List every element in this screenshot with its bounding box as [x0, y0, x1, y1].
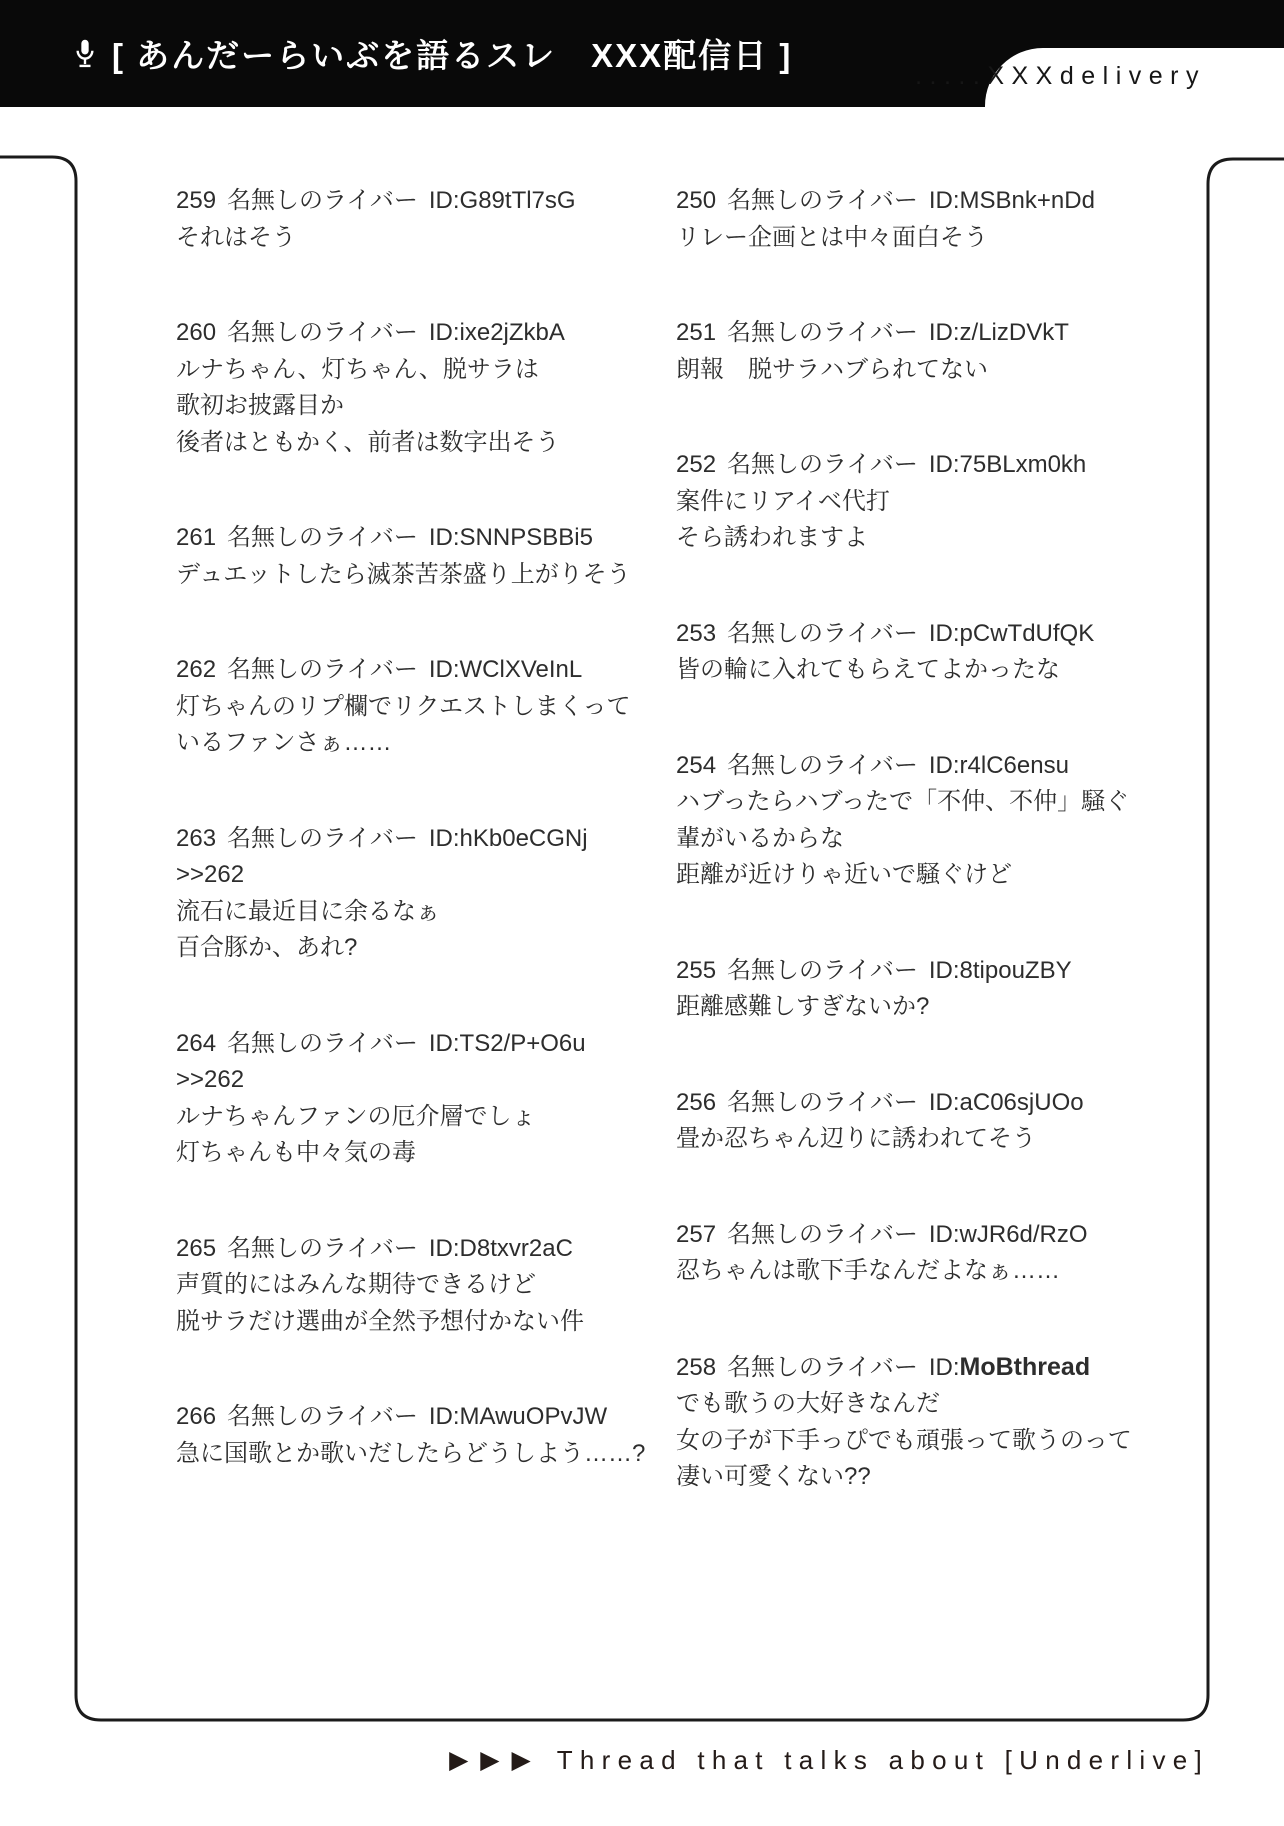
- post-number: 262: [176, 656, 216, 683]
- poster-id-prefix: ID:: [429, 1403, 460, 1430]
- post-number: 252: [676, 451, 716, 478]
- post-body-line: 女の子が下手っぴでも頑張って歌うのって: [676, 1423, 1176, 1460]
- poster-id-value: 75BLxm0kh: [960, 451, 1087, 478]
- poster-id-prefix: ID:: [429, 524, 460, 551]
- poster-name: 名無しのライバー: [227, 524, 418, 551]
- post-body: リレー企画とは中々面白そう: [676, 220, 1176, 257]
- post-number: 250: [676, 187, 716, 214]
- post-body: >>262 流石に最近目に余るなぁ 百合豚か、あれ?: [176, 857, 656, 967]
- post-body: >>262 ルナちゃんファンの厄介層でしょ 灯ちゃんも中々気の毒: [176, 1062, 656, 1172]
- poster-id: ID:z/LizDVkT: [929, 319, 1069, 346]
- post-number: 264: [176, 1030, 216, 1057]
- post-body-line: 歌初お披露目か: [176, 388, 656, 425]
- post-number: 263: [176, 825, 216, 852]
- post-body-line: 凄い可愛くない??: [676, 1459, 1176, 1496]
- post-number: 253: [676, 620, 716, 647]
- poster-id-value: MSBnk+nDd: [960, 187, 1095, 214]
- poster-name: 名無しのライバー: [727, 1221, 918, 1248]
- post-body-line: 灯ちゃんのリプ欄でリクエストしまくって: [176, 689, 656, 726]
- post-header: 264名無しのライバーID:TS2/P+O6u: [176, 1026, 656, 1063]
- poster-id-prefix: ID:: [929, 187, 960, 214]
- post-body-line: >>262: [176, 1062, 656, 1099]
- poster-id-prefix: ID:: [929, 319, 960, 346]
- post-header: 263名無しのライバーID:hKb0eCGNj: [176, 821, 656, 858]
- poster-name: 名無しのライバー: [727, 1089, 918, 1116]
- post-body-line: ハブったらハブったで「不仲、不仲」騒ぐ: [676, 784, 1176, 821]
- thread-post: 259名無しのライバーID:G89tTl7sG それはそう: [176, 183, 656, 256]
- poster-name: 名無しのライバー: [727, 187, 918, 214]
- post-header: 254名無しのライバーID:r4lC6ensu: [676, 748, 1176, 785]
- post-body-line: 距離感難しすぎないか?: [676, 989, 1176, 1026]
- poster-id: ID:WClXVeInL: [429, 656, 582, 683]
- thread-post: 258名無しのライバーID:MoBthread でも歌うの大好きなんだ 女の子が…: [676, 1349, 1176, 1496]
- thread-post: 264名無しのライバーID:TS2/P+O6u >>262 ルナちゃんファンの厄…: [176, 1026, 656, 1172]
- post-body-line: いるファンさぁ……: [176, 725, 656, 762]
- post-header: 256名無しのライバーID:aC06sjUOo: [676, 1085, 1176, 1122]
- poster-id: ID:75BLxm0kh: [929, 451, 1086, 478]
- poster-id-prefix: ID:: [929, 1221, 960, 1248]
- post-body: 忍ちゃんは歌下手なんだよなぁ……: [676, 1253, 1176, 1290]
- post-body-line: 急に国歌とか歌いだしたらどうしよう……?: [176, 1436, 656, 1473]
- post-body-line: 皆の輪に入れてもらえてよかったな: [676, 652, 1176, 689]
- post-body-line: 案件にリアイベ代打: [676, 484, 1176, 521]
- delivery-label: .....XXXdelivery: [915, 62, 1206, 91]
- poster-id: ID:wJR6d/RzO: [929, 1221, 1088, 1248]
- post-body-line: リレー企画とは中々面白そう: [676, 220, 1176, 257]
- post-body-line: デュエットしたら滅茶苦茶盛り上がりそう: [176, 557, 656, 594]
- poster-id: ID:MSBnk+nDd: [929, 187, 1095, 214]
- thread-post: 251名無しのライバーID:z/LizDVkT 朗報 脱サラハブられてない: [676, 315, 1176, 388]
- post-number: 256: [676, 1089, 716, 1116]
- poster-id: ID:TS2/P+O6u: [429, 1030, 586, 1057]
- thread-post: 260名無しのライバーID:ixe2jZkbA ルナちゃん、灯ちゃん、脱サラは …: [176, 315, 656, 461]
- poster-id-prefix: ID:: [429, 1235, 460, 1262]
- thread-header-title-group: [ あんだーらいぶを語るスレ XXX配信日 ]: [74, 0, 792, 107]
- post-number: 254: [676, 752, 716, 779]
- post-body-line: 輩がいるからな: [676, 821, 1176, 858]
- poster-name: 名無しのライバー: [727, 957, 918, 984]
- thread-post: 256名無しのライバーID:aC06sjUOo 畳か忍ちゃん辺りに誘われてそう: [676, 1085, 1176, 1158]
- post-body-line: 灯ちゃんも中々気の毒: [176, 1135, 656, 1172]
- post-body-line: でも歌うの大好きなんだ: [676, 1386, 1176, 1423]
- poster-id: ID:ixe2jZkbA: [429, 319, 565, 346]
- post-number: 257: [676, 1221, 716, 1248]
- microphone-icon: [74, 38, 96, 70]
- post-header: 250名無しのライバーID:MSBnk+nDd: [676, 183, 1176, 220]
- poster-id-prefix: ID:: [929, 1354, 960, 1381]
- post-header: 260名無しのライバーID:ixe2jZkbA: [176, 315, 656, 352]
- footer-caption: Thread that talks about [Underlive]: [557, 1744, 1209, 1776]
- thread-post: 250名無しのライバーID:MSBnk+nDd リレー企画とは中々面白そう: [676, 183, 1176, 256]
- poster-id-prefix: ID:: [929, 620, 960, 647]
- poster-id-prefix: ID:: [429, 319, 460, 346]
- thread-post: 263名無しのライバーID:hKb0eCGNj >>262 流石に最近目に余るな…: [176, 821, 656, 967]
- post-header: 259名無しのライバーID:G89tTl7sG: [176, 183, 656, 220]
- poster-id-value: SNNPSBBi5: [460, 524, 593, 551]
- poster-name: 名無しのライバー: [727, 451, 918, 478]
- post-body-line: 畳か忍ちゃん辺りに誘われてそう: [676, 1121, 1176, 1158]
- post-body-line: ルナちゃん、灯ちゃん、脱サラは: [176, 352, 656, 389]
- poster-id-value: ixe2jZkbA: [460, 319, 565, 346]
- post-body-line: >>262: [176, 857, 656, 894]
- post-body: ハブったらハブったで「不仲、不仲」騒ぐ 輩がいるからな 距離が近けりゃ近いで騒ぐ…: [676, 784, 1176, 894]
- thread-post: 262名無しのライバーID:WClXVeInL 灯ちゃんのリプ欄でリクエストしま…: [176, 652, 656, 762]
- post-number: 266: [176, 1403, 216, 1430]
- poster-id: ID:r4lC6ensu: [929, 752, 1069, 779]
- poster-name: 名無しのライバー: [227, 187, 418, 214]
- post-column-right: 250名無しのライバーID:MSBnk+nDd リレー企画とは中々面白そう 25…: [676, 183, 1176, 1555]
- post-number: 259: [176, 187, 216, 214]
- thread-post: 266名無しのライバーID:MAwuOPvJW 急に国歌とか歌いだしたらどうしよ…: [176, 1399, 656, 1472]
- poster-id: ID:G89tTl7sG: [429, 187, 576, 214]
- poster-id-value: wJR6d/RzO: [960, 1221, 1088, 1248]
- poster-name: 名無しのライバー: [727, 319, 918, 346]
- poster-id-value: G89tTl7sG: [460, 187, 576, 214]
- poster-id: ID:aC06sjUOo: [929, 1089, 1084, 1116]
- post-body: 皆の輪に入れてもらえてよかったな: [676, 652, 1176, 689]
- poster-id-value: MoBthread: [960, 1353, 1091, 1381]
- poster-id-value: hKb0eCGNj: [460, 825, 588, 852]
- post-body: それはそう: [176, 220, 656, 257]
- poster-id-value: MAwuOPvJW: [460, 1403, 608, 1430]
- post-body-line: 距離が近けりゃ近いで騒ぐけど: [676, 857, 1176, 894]
- post-header: 266名無しのライバーID:MAwuOPvJW: [176, 1399, 656, 1436]
- post-body: ルナちゃん、灯ちゃん、脱サラは 歌初お披露目か 後者はともかく、前者は数字出そう: [176, 352, 656, 462]
- post-body-line: 脱サラだけ選曲が全然予想付かない件: [176, 1304, 656, 1341]
- poster-id: ID:MAwuOPvJW: [429, 1403, 607, 1430]
- poster-id-prefix: ID:: [429, 187, 460, 214]
- post-body-line: それはそう: [176, 220, 656, 257]
- post-number: 265: [176, 1235, 216, 1262]
- thread-post: 265名無しのライバーID:D8txvr2aC 声質的にはみんな期待できるけど …: [176, 1231, 656, 1341]
- post-body-line: 流石に最近目に余るなぁ: [176, 894, 656, 931]
- thread-post: 261名無しのライバーID:SNNPSBBi5 デュエットしたら滅茶苦茶盛り上が…: [176, 520, 656, 593]
- post-body: 朗報 脱サラハブられてない: [676, 352, 1176, 389]
- post-body-line: そら誘われますよ: [676, 520, 1176, 557]
- post-body: 急に国歌とか歌いだしたらどうしよう……?: [176, 1436, 656, 1473]
- post-column-left: 259名無しのライバーID:G89tTl7sG それはそう 260名無しのライバ…: [176, 183, 656, 1531]
- post-body: 声質的にはみんな期待できるけど 脱サラだけ選曲が全然予想付かない件: [176, 1267, 656, 1340]
- poster-id-prefix: ID:: [929, 451, 960, 478]
- poster-id-value: r4lC6ensu: [960, 752, 1069, 779]
- poster-id: ID:SNNPSBBi5: [429, 524, 593, 551]
- poster-id: ID:8tipouZBY: [929, 957, 1072, 984]
- post-body: でも歌うの大好きなんだ 女の子が下手っぴでも頑張って歌うのって 凄い可愛くない?…: [676, 1386, 1176, 1496]
- page-footer: ▶▶▶ Thread that talks about [Underlive]: [449, 1744, 1209, 1776]
- post-number: 258: [676, 1354, 716, 1381]
- post-header: 257名無しのライバーID:wJR6d/RzO: [676, 1217, 1176, 1254]
- poster-name: 名無しのライバー: [227, 1235, 418, 1262]
- poster-id: ID:MoBthread: [929, 1354, 1090, 1381]
- thread-post: 257名無しのライバーID:wJR6d/RzO 忍ちゃんは歌下手なんだよなぁ……: [676, 1217, 1176, 1290]
- post-body: 灯ちゃんのリプ欄でリクエストしまくって いるファンさぁ……: [176, 689, 656, 762]
- poster-id: ID:D8txvr2aC: [429, 1235, 573, 1262]
- post-body-line: 後者はともかく、前者は数字出そう: [176, 425, 656, 462]
- post-header: 265名無しのライバーID:D8txvr2aC: [176, 1231, 656, 1268]
- poster-id: ID:pCwTdUfQK: [929, 620, 1094, 647]
- post-body-line: 声質的にはみんな期待できるけど: [176, 1267, 656, 1304]
- post-body-line: 朗報 脱サラハブられてない: [676, 352, 1176, 389]
- poster-id-prefix: ID:: [429, 656, 460, 683]
- poster-id-value: TS2/P+O6u: [460, 1030, 586, 1057]
- poster-id-value: WClXVeInL: [460, 656, 583, 683]
- post-number: 251: [676, 319, 716, 346]
- post-body-line: 忍ちゃんは歌下手なんだよなぁ……: [676, 1253, 1176, 1290]
- post-body: 畳か忍ちゃん辺りに誘われてそう: [676, 1121, 1176, 1158]
- poster-id: ID:hKb0eCGNj: [429, 825, 588, 852]
- poster-name: 名無しのライバー: [727, 752, 918, 779]
- post-header: 262名無しのライバーID:WClXVeInL: [176, 652, 656, 689]
- poster-id-prefix: ID:: [929, 1089, 960, 1116]
- thread-post: 255名無しのライバーID:8tipouZBY 距離感難しすぎないか?: [676, 953, 1176, 1026]
- thread-post: 252名無しのライバーID:75BLxm0kh 案件にリアイベ代打 そら誘われま…: [676, 447, 1176, 557]
- post-body: 案件にリアイベ代打 そら誘われますよ: [676, 484, 1176, 557]
- post-number: 255: [676, 957, 716, 984]
- triple-arrow-icon: ▶▶▶: [449, 1744, 543, 1776]
- post-header: 251名無しのライバーID:z/LizDVkT: [676, 315, 1176, 352]
- poster-name: 名無しのライバー: [227, 1030, 418, 1057]
- thread-title: [ あんだーらいぶを語るスレ XXX配信日 ]: [112, 30, 792, 77]
- poster-name: 名無しのライバー: [227, 825, 418, 852]
- poster-id-prefix: ID:: [929, 752, 960, 779]
- post-body: 距離感難しすぎないか?: [676, 989, 1176, 1026]
- thread-post: 253名無しのライバーID:pCwTdUfQK 皆の輪に入れてもらえてよかったな: [676, 616, 1176, 689]
- post-number: 260: [176, 319, 216, 346]
- poster-id-value: z/LizDVkT: [960, 319, 1069, 346]
- post-header: 258名無しのライバーID:MoBthread: [676, 1349, 1176, 1387]
- poster-name: 名無しのライバー: [227, 656, 418, 683]
- poster-name: 名無しのライバー: [227, 319, 418, 346]
- manga-thread-page: [ あんだーらいぶを語るスレ XXX配信日 ] .....XXXdelivery…: [0, 0, 1284, 1826]
- post-body-line: 百合豚か、あれ?: [176, 930, 656, 967]
- poster-id-prefix: ID:: [429, 825, 460, 852]
- post-header: 252名無しのライバーID:75BLxm0kh: [676, 447, 1176, 484]
- poster-id-value: aC06sjUOo: [960, 1089, 1084, 1116]
- poster-name: 名無しのライバー: [227, 1403, 418, 1430]
- poster-name: 名無しのライバー: [727, 1354, 918, 1381]
- post-body-line: ルナちゃんファンの厄介層でしょ: [176, 1099, 656, 1136]
- poster-id-value: D8txvr2aC: [460, 1235, 573, 1262]
- post-body: デュエットしたら滅茶苦茶盛り上がりそう: [176, 557, 656, 594]
- poster-id-prefix: ID:: [429, 1030, 460, 1057]
- post-number: 261: [176, 524, 216, 551]
- thread-post: 254名無しのライバーID:r4lC6ensu ハブったらハブったで「不仲、不仲…: [676, 748, 1176, 894]
- poster-id-value: 8tipouZBY: [960, 957, 1072, 984]
- poster-name: 名無しのライバー: [727, 620, 918, 647]
- post-header: 261名無しのライバーID:SNNPSBBi5: [176, 520, 656, 557]
- poster-id-prefix: ID:: [929, 957, 960, 984]
- post-header: 253名無しのライバーID:pCwTdUfQK: [676, 616, 1176, 653]
- poster-id-value: pCwTdUfQK: [960, 620, 1095, 647]
- post-header: 255名無しのライバーID:8tipouZBY: [676, 953, 1176, 990]
